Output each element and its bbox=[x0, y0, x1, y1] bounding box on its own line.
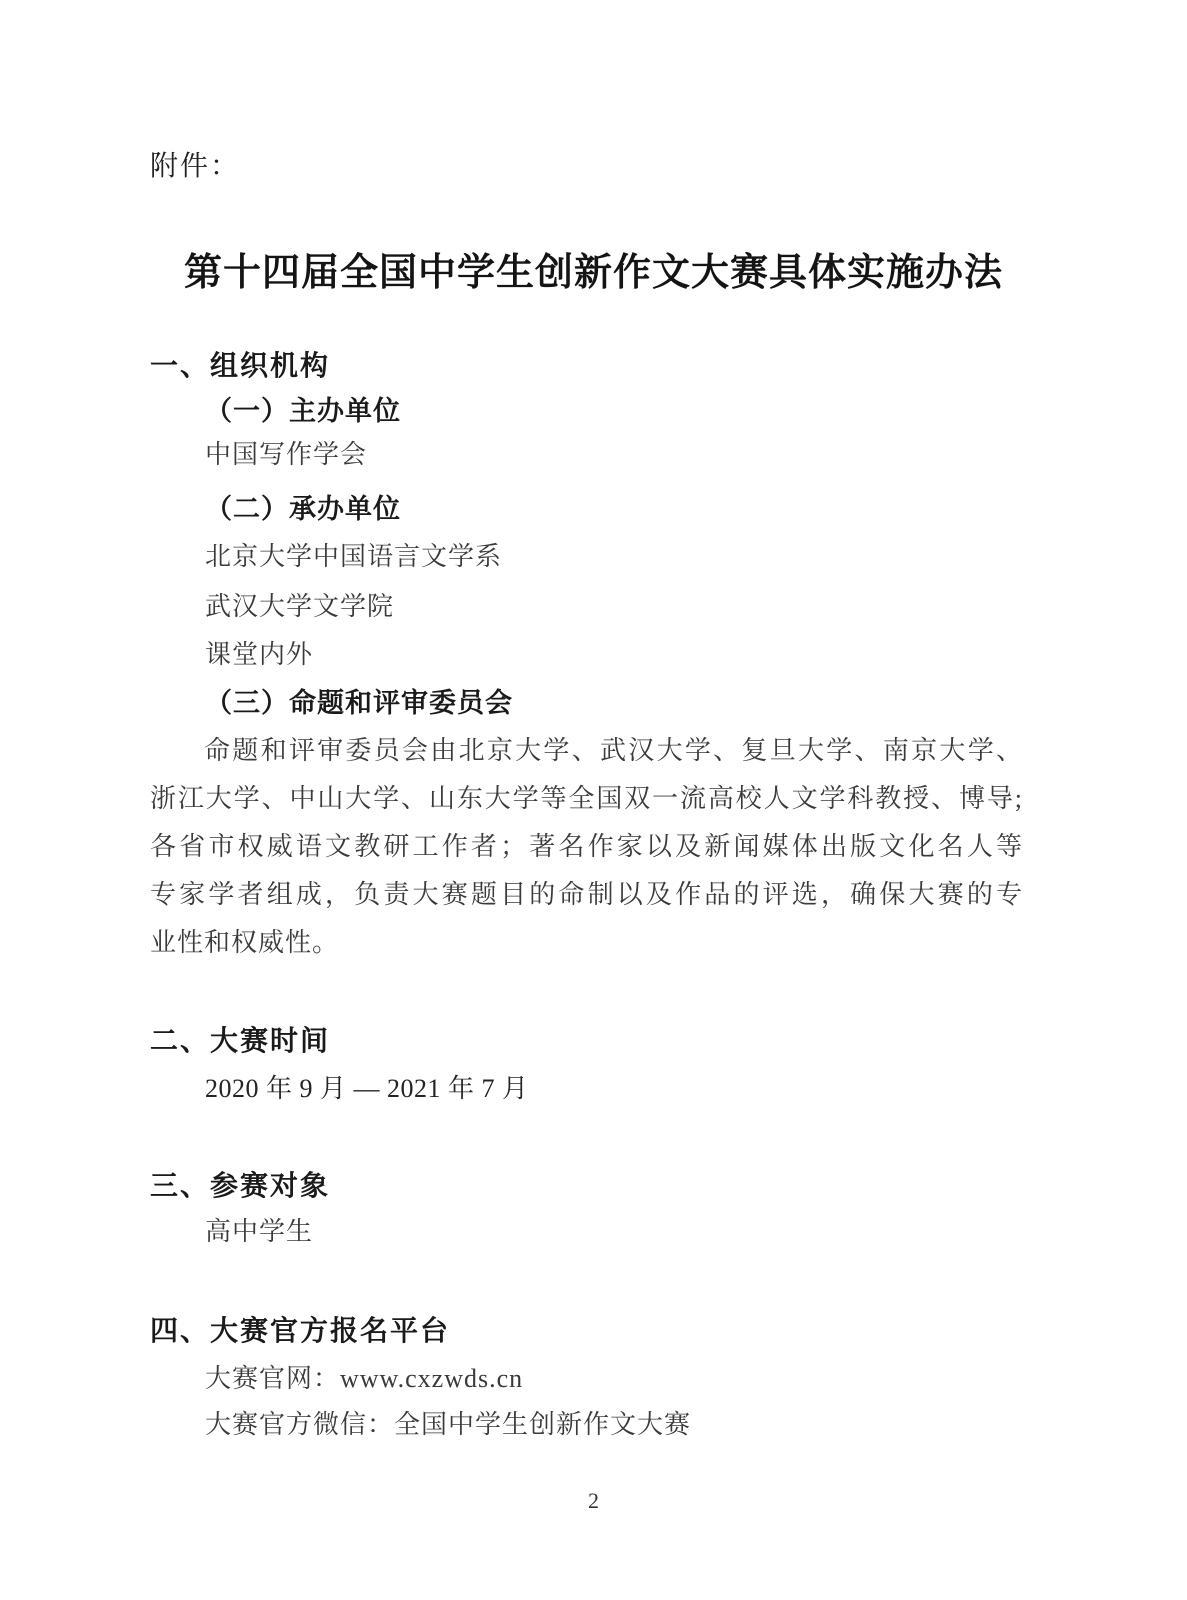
subheading-organizer-unit: （二）承办单位 bbox=[205, 487, 401, 526]
section-heading-organization: 一、组织机构 bbox=[150, 344, 330, 384]
subheading-committee: （三）命题和评审委员会 bbox=[205, 681, 513, 720]
competition-dates: 2020 年 9 月 — 2021 年 7 月 bbox=[205, 1068, 529, 1105]
host-unit-name: 中国写作学会 bbox=[205, 434, 367, 471]
paragraph-line-3: 各省市权威语文教研工作者；著名作家以及新闻媒体出版文化名人等 bbox=[150, 823, 1023, 871]
section-heading-schedule: 二、大赛时间 bbox=[150, 1019, 330, 1059]
attachment-label: 附件： bbox=[150, 144, 240, 184]
official-wechat: 大赛官方微信：全国中学生创新作文大赛 bbox=[205, 1404, 691, 1441]
organizer-2: 武汉大学文学院 bbox=[205, 586, 394, 623]
participants: 高中学生 bbox=[205, 1211, 313, 1248]
document-page: 附件： 第十四届全国中学生创新作文大赛具体实施办法 一、组织机构 （一）主办单位… bbox=[0, 0, 1187, 1600]
page-number: 2 bbox=[0, 1488, 1187, 1514]
official-website: 大赛官网：www.cxzwds.cn bbox=[205, 1358, 523, 1395]
section-heading-registration-platform: 四、大赛官方报名平台 bbox=[150, 1309, 450, 1349]
paragraph-line-4: 专家学者组成，负责大赛题目的命制以及作品的评选，确保大赛的专 bbox=[150, 871, 1023, 919]
document-title: 第十四届全国中学生创新作文大赛具体实施办法 bbox=[0, 241, 1187, 296]
subheading-host-unit: （一）主办单位 bbox=[205, 389, 401, 428]
organizer-1: 北京大学中国语言文学系 bbox=[205, 536, 502, 573]
paragraph-line-1: 命题和评审委员会由北京大学、武汉大学、复旦大学、南京大学、 bbox=[150, 727, 1023, 775]
paragraph-line-5: 业性和权威性。 bbox=[150, 919, 1023, 967]
section-heading-participants: 三、参赛对象 bbox=[150, 1164, 330, 1204]
committee-paragraph: 命题和评审委员会由北京大学、武汉大学、复旦大学、南京大学、 浙江大学、中山大学、… bbox=[150, 727, 1023, 967]
organizer-3: 课堂内外 bbox=[205, 634, 313, 671]
paragraph-line-2: 浙江大学、中山大学、山东大学等全国双一流高校人文学科教授、博导; bbox=[150, 775, 1023, 823]
